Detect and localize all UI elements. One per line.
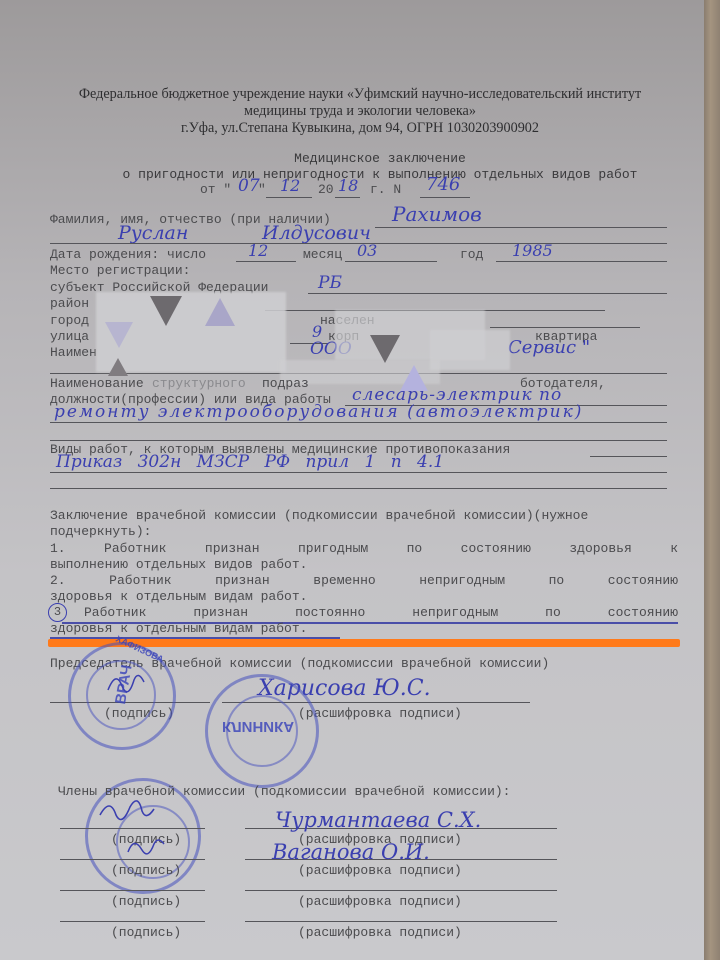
signature-scribbles [0,0,720,960]
